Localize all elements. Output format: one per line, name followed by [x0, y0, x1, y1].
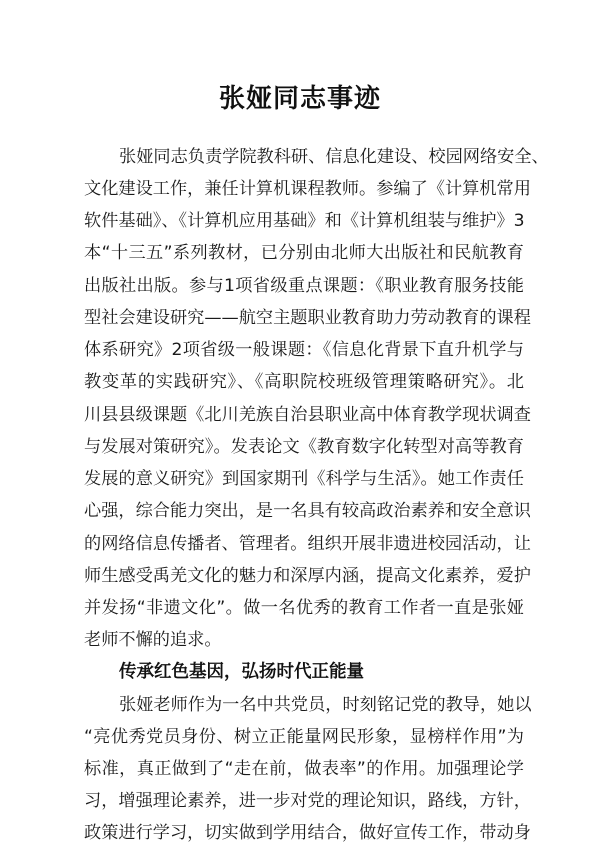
text-line: 心强，综合能力突出，是一名具有较高政治素养和安全意识 [84, 500, 524, 522]
text-line: 师生感受禹羌文化的魅力和深厚内涵，提高文化素养，爱护 [84, 565, 524, 587]
text-line: 张娅老师作为一名中共党员，时刻铭记党的教导，她以 [119, 694, 524, 716]
text-line: 标准，真正做到了“走在前，做表率”的作用。加强理论学 [84, 758, 524, 780]
text-line: 的网络信息传播者、管理者。组织开展非遗进校园活动，让 [84, 533, 524, 555]
text-line: 老师不懈的追求。 [84, 629, 524, 651]
text-line: 出版社出版。参与1项省级重点课题：《职业教育服务技能 [84, 275, 524, 297]
section-heading: 传承红色基因，弘扬时代正能量 [119, 661, 364, 683]
text-line: 习，增强理论素养，进一步对党的理论知识，路线，方针， [84, 790, 524, 812]
document-title: 张娅同志事迹 [0, 78, 600, 115]
text-line: 型社会建设研究——航空主题职业教育助力劳动教育的课程 [84, 307, 524, 329]
text-line: “亮优秀党员身份、树立正能量网民形象，显榜样作用”为 [84, 726, 524, 748]
text-line: 张娅同志负责学院教科研、信息化建设、校园网络安全、 [119, 146, 524, 168]
text-line: 本“十三五”系列教材，已分别由北师大出版社和民航教育 [84, 242, 524, 264]
text-line: 体系研究》2项省级一般课题：《信息化背景下直升机学与 [84, 339, 524, 361]
text-line: 文化建设工作，兼任计算机课程教师。参编了《计算机常用 [84, 178, 524, 200]
text-line: 软件基础》、《计算机应用基础》和《计算机组装与维护》3 [84, 210, 524, 232]
text-line: 发展的意义研究》到国家期刊《科学与生活》。她工作责任 [84, 468, 524, 490]
document-page: 张娅同志事迹 张娅同志负责学院教科研、信息化建设、校园网络安全、 文化建设工作，… [0, 0, 600, 847]
text-line: 并发扬“非遗文化”。做一名优秀的教育工作者一直是张娅 [84, 597, 524, 619]
text-line: 教变革的实践研究》、《高职院校班级管理策略研究》。北 [84, 371, 524, 393]
text-line: 政策进行学习，切实做到学用结合，做好宣传工作，带动身 [84, 822, 524, 844]
text-line: 与发展对策研究》。发表论文《教育数字化转型对高等教育 [84, 436, 524, 458]
text-line: 川县县级课题《北川羌族自治县职业高中体育教学现状调查 [84, 404, 524, 426]
